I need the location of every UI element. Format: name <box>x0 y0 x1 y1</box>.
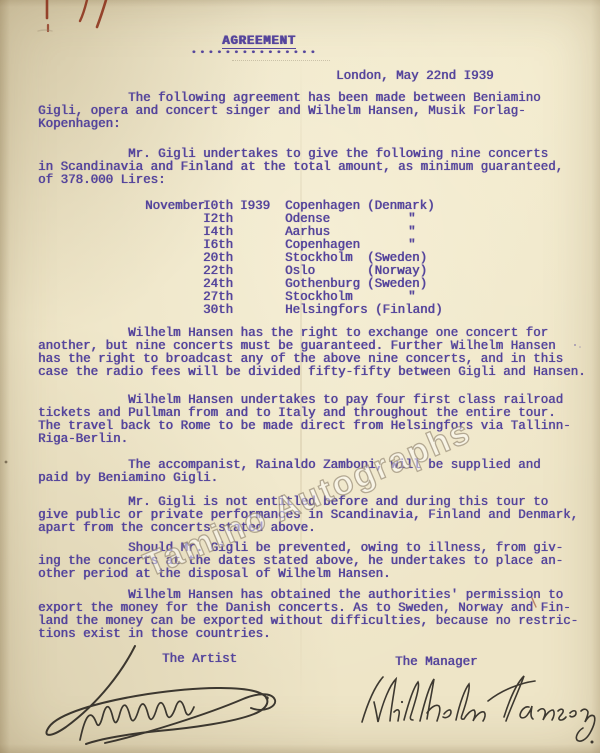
pencil-smudge <box>232 60 330 61</box>
concert-day: 30th <box>203 304 233 317</box>
dateline: London, May 22nd I939 <box>336 70 494 83</box>
document-title: AGREEMENT <box>222 35 296 49</box>
concert-row: I4thAarhus" <box>38 226 508 239</box>
concert-city: Helsingfors <box>285 304 368 317</box>
paragraph-accompanist: The accompanist, Rainaldo Zamboni, will … <box>38 459 541 485</box>
paragraph-parties: The following agreement has been made be… <box>38 92 541 131</box>
concert-row: I2thOdense" <box>38 213 508 226</box>
manager-label: The Manager <box>395 656 478 669</box>
concert-month: November <box>145 200 205 213</box>
concert-row: 22thOslo(Norway) <box>38 265 508 278</box>
concert-row: NovemberI939I0thCopenhagen(Denmark) <box>38 200 508 213</box>
concert-row: 24thGothenburg(Sweden) <box>38 278 508 291</box>
concert-country: (Denmark) <box>367 200 435 213</box>
paragraph-exclusivity: Mr. Gigli is not entitled before and dur… <box>38 496 578 535</box>
paragraph-money-export: Wilhelm Hansen has obtained the authorit… <box>38 589 578 641</box>
concert-year: I939 <box>240 200 270 213</box>
agreement-document: AGREEMENT ••••••••••••••• London, May 22… <box>0 0 600 753</box>
concert-row: 30thHelsingfors(Finland) <box>38 304 508 317</box>
paragraph-travel: Wilhelm Hansen undertakes to pay four fi… <box>38 394 571 446</box>
paragraph-exchange: Wilhelm Hansen has the right to exchange… <box>38 327 586 379</box>
artist-label: The Artist <box>162 653 237 666</box>
manager-signature <box>362 676 595 744</box>
paragraph-illness: Should Mr. Gigli be prevented, owing to … <box>38 542 563 581</box>
concert-schedule: NovemberI939I0thCopenhagen(Denmark)I2thO… <box>38 200 508 317</box>
concert-row: I6thCopenhagen" <box>38 239 508 252</box>
red-ink-marks <box>38 0 106 31</box>
concert-country: (Sweden) <box>367 278 427 291</box>
artist-signature <box>46 646 275 744</box>
concert-country: (Finland) <box>375 304 443 317</box>
concert-row: 20thStockholm(Sweden) <box>38 252 508 265</box>
paragraph-undertaking: Mr. Gigli undertakes to give the followi… <box>38 148 563 187</box>
